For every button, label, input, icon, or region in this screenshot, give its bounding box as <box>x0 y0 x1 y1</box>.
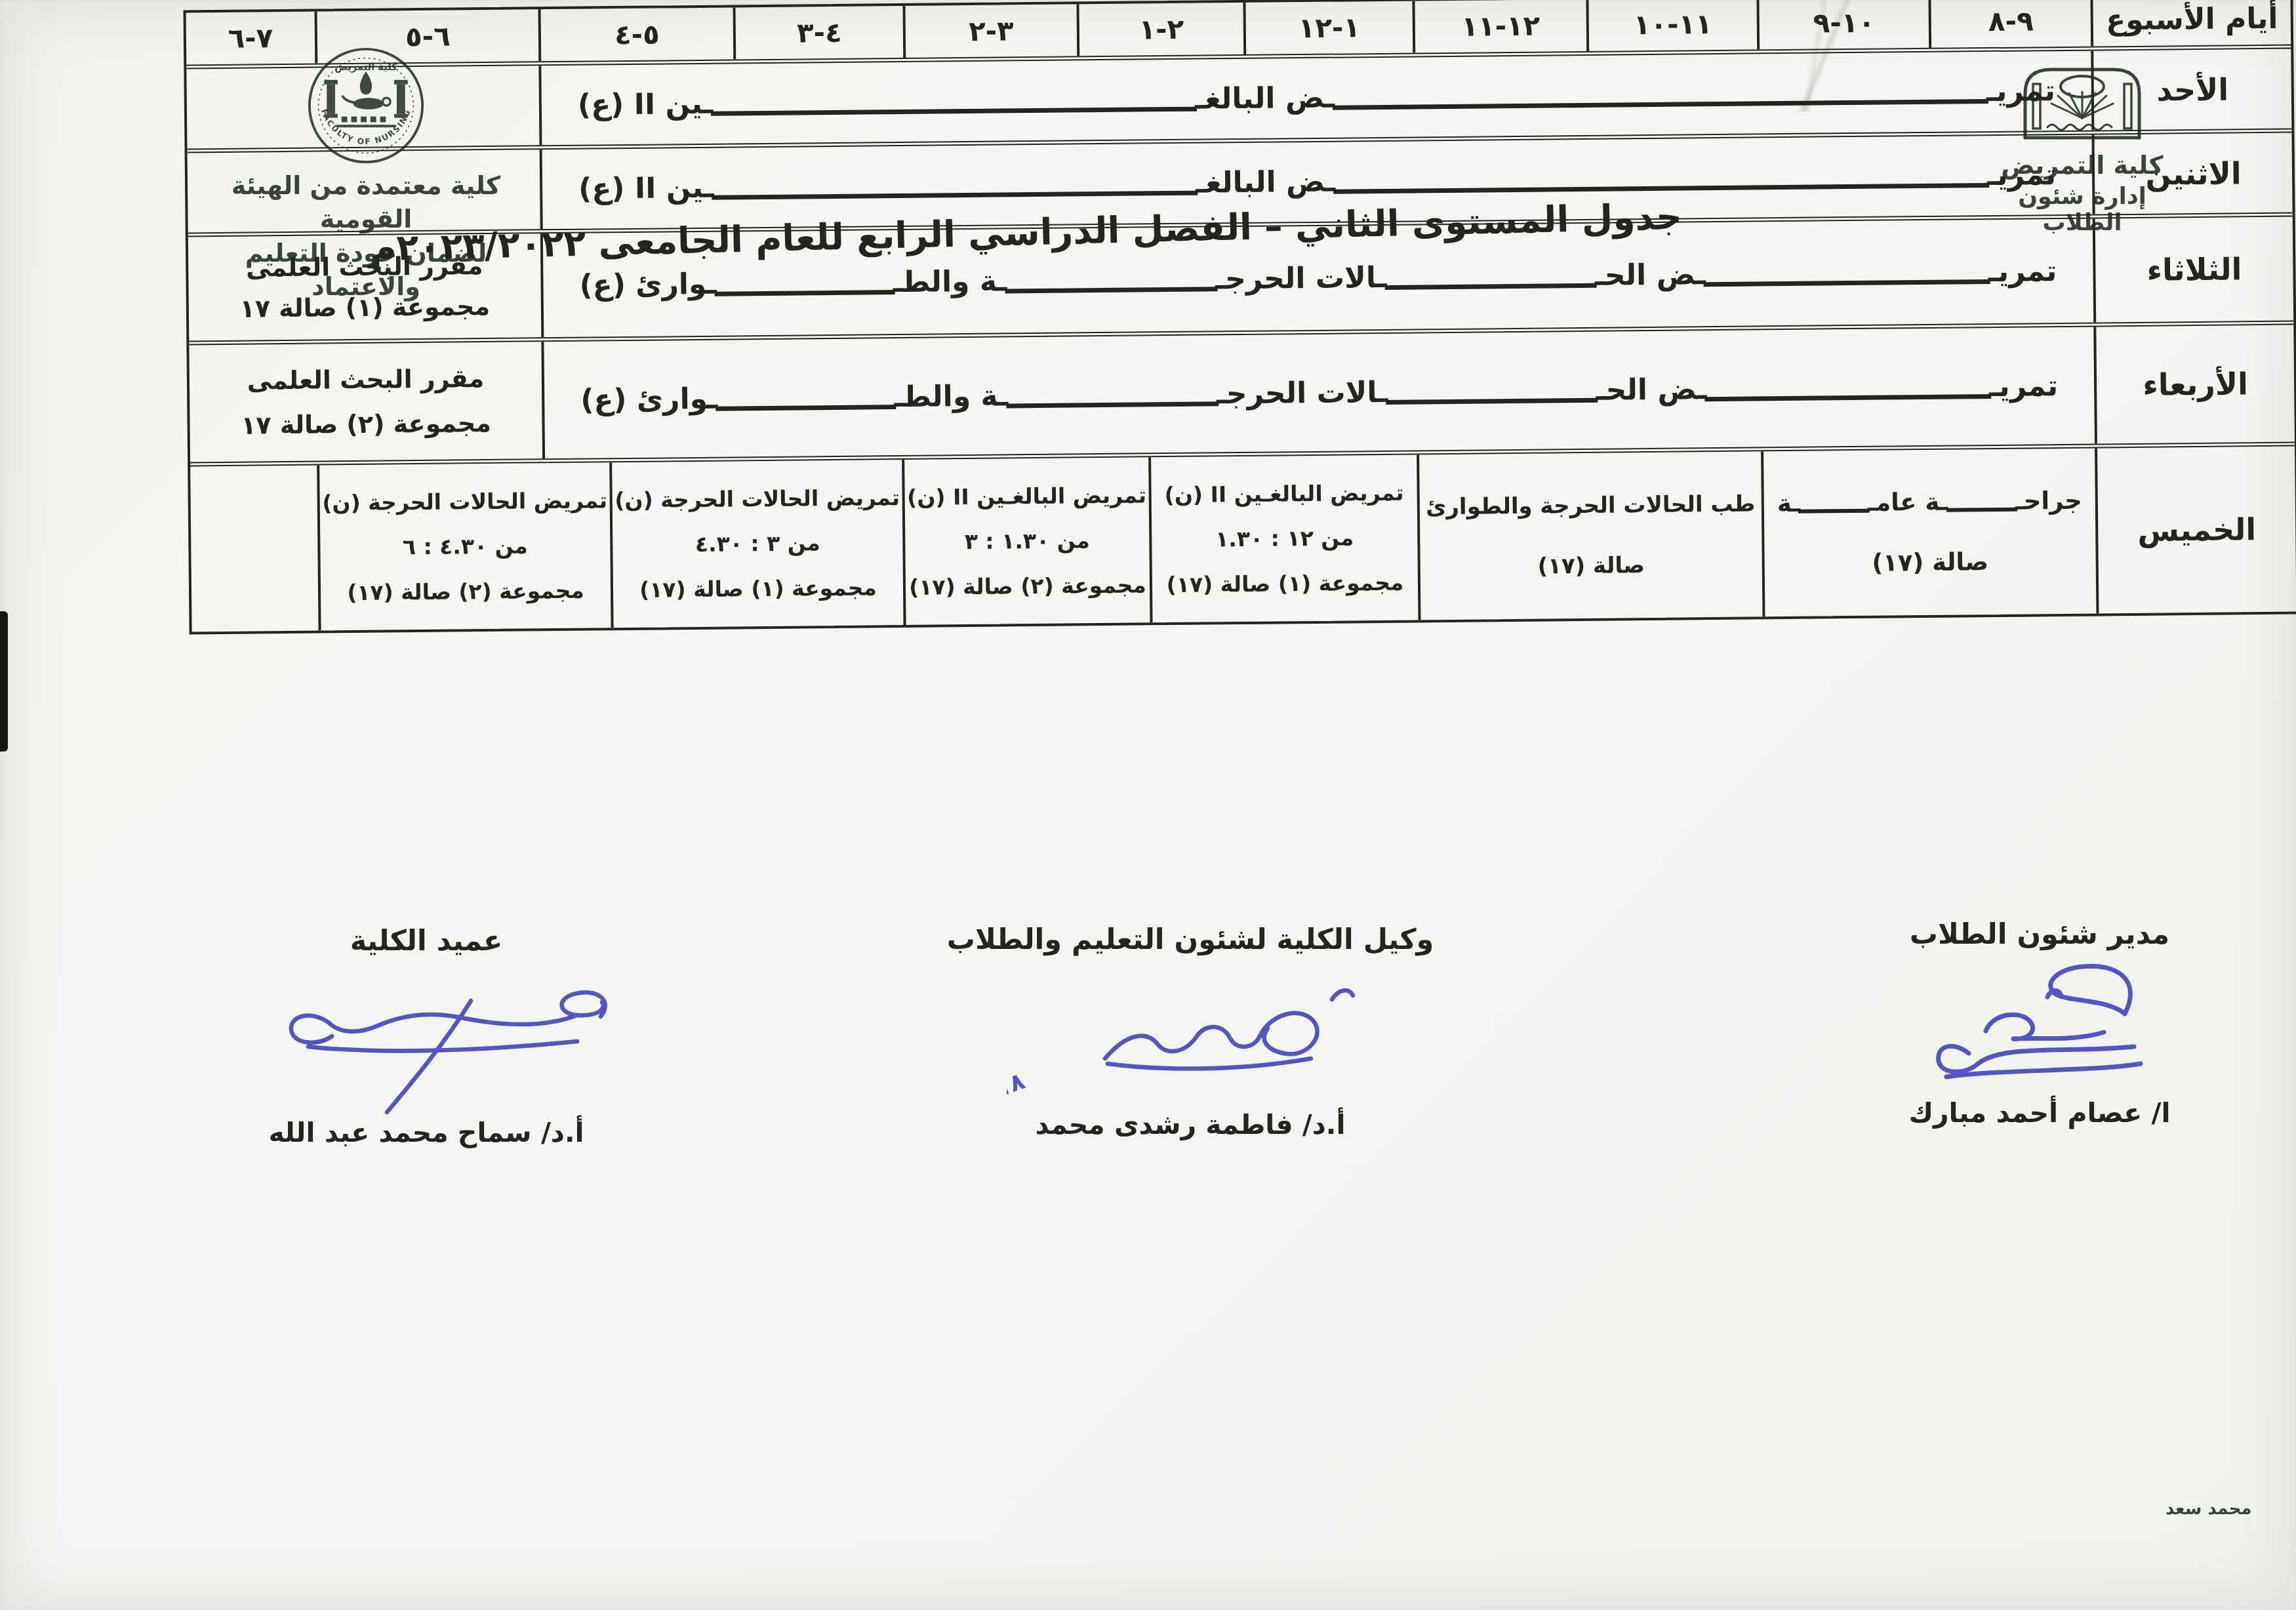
course-title: تمريض الحالات الحرجة (ن) <box>322 487 607 516</box>
research-course-group: مجموعة (١) صالة ١٧ <box>239 292 490 323</box>
corner-note: محمد سعد <box>2165 1499 2252 1519</box>
surgery-cell: جراحـ ـة عامـ ـة صالة (١٧) <box>1761 449 2096 617</box>
critical-nursing-group2-cell: تمريض الحالات الحرجة (ن) من ٤.٣٠ : ٦ مجم… <box>317 462 611 630</box>
course-segment: ـين II (ع) <box>578 87 714 122</box>
course-title: تمريض الحالات الحرجة (ن) <box>614 484 900 513</box>
adult-nursing-group1-cell: تمريض البالغـين II (ن) من ١٢ : ١.٣٠ مجمو… <box>1148 454 1418 622</box>
slot-5-6: ٦-٥ <box>315 9 539 63</box>
course-segment: ـض البالغـ <box>1195 81 1335 116</box>
sunday-course-cell: تمريـ ـض البالغـ ـين II (ع) <box>538 51 2091 146</box>
slot-10-11: ١١-١٠ <box>1586 0 1757 51</box>
course-group: مجموعة (٢) صالة (١٧) <box>347 576 584 606</box>
signature-block-dean: عميد الكلية أ.د/ سماح محمد عبد الله <box>197 925 656 1148</box>
kashida-stretch <box>1333 99 1988 110</box>
slot-11-12: ١٢-١١ <box>1412 0 1586 52</box>
surgery-hall: صالة (١٧) <box>1872 547 1988 578</box>
signature-scribble-icon: ٢٠٢٣/١/١٨ <box>1007 959 1374 1106</box>
signature-title: وكيل الكلية لشئون التعليم والطلاب <box>912 923 1469 956</box>
signature-name: أ.د/ سماح محمد عبد الله <box>197 1117 656 1148</box>
day-cell: الأربعاء <box>2093 325 2295 444</box>
course-hall: صالة (١٧) <box>1537 552 1645 580</box>
adult-nursing-group2-cell: تمريض البالغـين II (ن) من ١.٣٠ : ٣ مجموع… <box>902 457 1150 625</box>
course-time: من ١.٣٠ : ٣ <box>965 527 1090 555</box>
kashida-stretch <box>715 290 895 296</box>
course-segment: ـوارئ (ع) <box>579 267 716 302</box>
course-segment: ـض الحـ <box>1595 258 1706 292</box>
kashida-stretch <box>1704 279 1990 287</box>
course-segment: ـض الحـ <box>1596 372 1706 407</box>
slot-2-3: ٣-٢ <box>902 4 1077 58</box>
kashida-stretch <box>711 107 1197 116</box>
research-course-cell: مقرر البحث العلمى مجموعة (٢) صالة ١٧ <box>189 342 542 462</box>
course-segment: تمريـ <box>1987 158 2056 192</box>
table-row-wednesday: الأربعاء تمريـ ـض الحـ ـالات الحرجـ ـة و… <box>189 325 2295 467</box>
critical-nursing-group1-cell: تمريض الحالات الحرجة (ن) من ٣ : ٤.٣٠ مجم… <box>609 460 903 628</box>
research-course-title: مقرر البحث العلمى <box>246 251 483 282</box>
research-course-cell: مقرر البحث العلمى مجموعة (١) صالة ١٧ <box>188 233 541 340</box>
slot-12-1: ١-١٢ <box>1243 1 1413 54</box>
course-time: من ١٢ : ١.٣٠ <box>1215 525 1354 553</box>
surgery-title: جراحـ ـة عامـ ـة <box>1767 485 2093 519</box>
course-segment: تمريـ <box>1989 369 2058 403</box>
course-segment: ـالات الحرجـ <box>1216 375 1388 411</box>
kashida-stretch <box>1333 183 1989 194</box>
signature-block-student-affairs: مدير شئون الطلاب ا/ عصام أحمد مبارك <box>1849 918 2230 1129</box>
kashida-stretch <box>1005 287 1218 293</box>
course-group: مجموعة (١) صالة (١٧) <box>1167 569 1404 598</box>
course-segment: ـض البالغـ <box>1196 165 1335 200</box>
course-segment: تمريـ <box>1988 254 2057 289</box>
slot-9-10: ١٠-٩ <box>1756 0 1929 49</box>
signature-block-vice-dean: وكيل الكلية لشئون التعليم والطلاب ٢٠٢٣/١… <box>912 923 1469 1140</box>
signature-date: ٢٠٢٣/١/١٨ <box>1007 1068 1028 1106</box>
course-time: من ٣ : ٤.٣٠ <box>695 530 820 558</box>
scan-edge-artifact <box>0 611 8 752</box>
critical-medicine-cell: طب الحالات الحرجة والطوارئ صالة (١٧) <box>1417 451 1762 620</box>
slot-3-4: ٤-٣ <box>733 6 904 59</box>
course-group: مجموعة (١) صالة (١٧) <box>639 574 877 603</box>
signature-scribble-icon <box>1908 954 2171 1095</box>
course-segment: ـالات الحرجـ <box>1215 260 1387 296</box>
kashida-stretch <box>712 191 1198 200</box>
day-cell: الثلاثاء <box>2093 217 2294 323</box>
kashida-stretch <box>1384 283 1597 289</box>
signature-scribble-icon <box>210 960 643 1114</box>
slot-1-2: ٢-١ <box>1076 3 1243 56</box>
course-group: مجموعة (٢) صالة (١٧) <box>909 571 1146 601</box>
scanned-timetable-page: كلية التمريض إدارة شئون الطلاب كلية التم… <box>0 0 2296 1610</box>
kashida-stretch <box>1798 508 1870 513</box>
slot-8-9: ٩-٨ <box>1928 0 2091 48</box>
empty-cell <box>190 466 318 632</box>
research-course-title: مقرر البحث العلمى <box>247 364 485 395</box>
signature-title: مدير شئون الطلاب <box>1849 918 2230 951</box>
monday-course-cell: تمريـ ـض البالغـ ـين II (ع) <box>540 135 2093 230</box>
kashida-stretch <box>1704 394 1991 401</box>
kashida-stretch <box>1386 397 1598 404</box>
kashida-stretch <box>1006 401 1218 408</box>
research-course-group: مجموعة (٢) صالة ١٧ <box>241 409 491 440</box>
course-segment: ـين II (ع) <box>578 171 714 206</box>
day-cell: الخميس <box>2095 447 2296 614</box>
table-row-thursday: الخميس جراحـ ـة عامـ ـة صالة (١٧) طب الح… <box>190 447 2296 632</box>
signature-title: عميد الكلية <box>197 925 656 957</box>
course-segment: تمريـ <box>1986 74 2055 108</box>
tuesday-course-cell: تمريـ ـض الحـ ـالات الحرجـ ـة والطـ ـوار… <box>540 219 2093 338</box>
course-segment: ـة والطـ <box>894 379 1008 414</box>
table-row-tuesday: الثلاثاء تمريـ ـض الحـ ـالات الحرجـ ـة و… <box>188 217 2293 346</box>
wednesday-course-cell: تمريـ ـض الحـ ـالات الحرجـ ـة والطـ ـوار… <box>541 327 2095 459</box>
day-cell: الأحد <box>2091 49 2291 131</box>
slot-4-5: ٥-٤ <box>538 7 734 61</box>
course-title: تمريض البالغـين II (ن) <box>1165 479 1404 509</box>
course-segment: ـوارئ (ع) <box>580 382 717 416</box>
course-time: من ٤.٣٠ : ٦ <box>403 533 528 561</box>
signature-name: أ.د/ فاطمة رشدى محمد <box>912 1109 1469 1140</box>
kashida-stretch <box>1946 507 2017 512</box>
empty-cell <box>186 66 539 148</box>
course-segment: ـة والطـ <box>893 264 1007 299</box>
slot-6-7: ٧-٦ <box>186 12 315 65</box>
kashida-stretch <box>715 405 896 411</box>
timetable: أيام الأسبوع ٩-٨ ١٠-٩ ١١-١٠ ١٢-١١ ١-١٢ ٢… <box>184 0 2296 634</box>
days-header-cell: أيام الأسبوع <box>2090 0 2291 47</box>
course-title: تمريض البالغـين II (ن) <box>907 481 1146 511</box>
signature-name: ا/ عصام أحمد مبارك <box>1849 1097 2230 1129</box>
empty-cell <box>188 150 540 232</box>
day-cell: الاثنين <box>2091 133 2292 214</box>
course-title: طب الحالات الحرجة والطوارئ <box>1426 490 1756 521</box>
